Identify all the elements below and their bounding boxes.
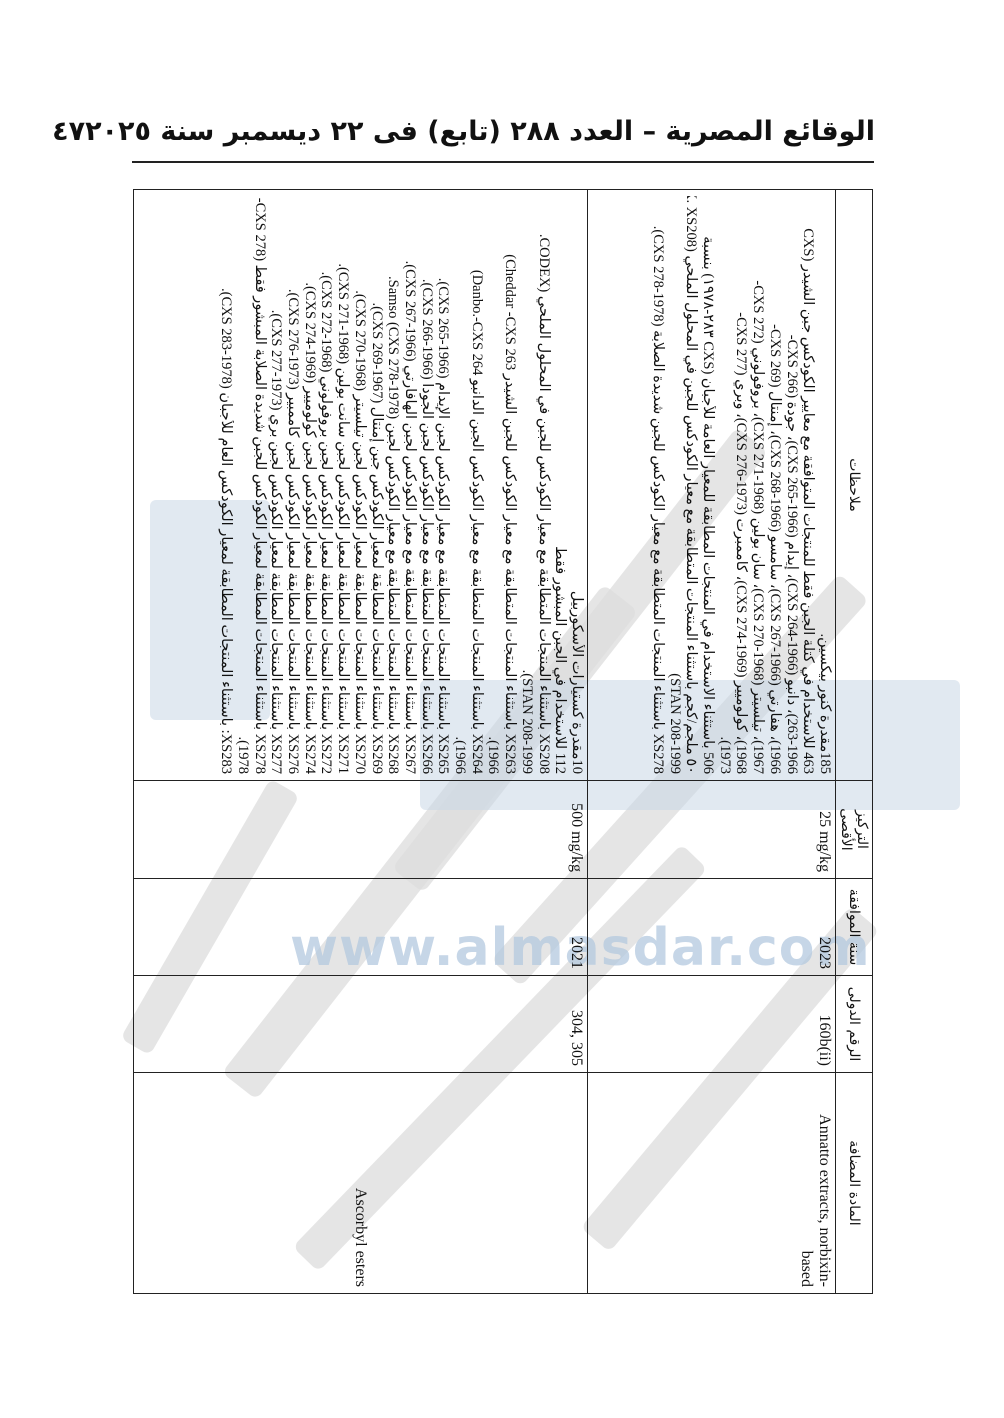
note-line: 10مقدرة كستيارات الأسكوربيل [568, 196, 585, 774]
ins-number: 304, 305 [134, 976, 588, 1073]
header-year: سنة الموافقة [836, 879, 873, 976]
max-level: 500 mg/kg [134, 781, 588, 879]
approval-year: 2023 [588, 879, 836, 976]
notes-cell: 10مقدرة كستيارات الأسكوربيل112 للاستخدام… [134, 190, 588, 781]
note-line: XS278 باستثناء المنتجات المطابقة لمعيار … [251, 196, 268, 774]
note-line: XS271 باستثناء المنتجات المطابقة لمعيار … [334, 196, 351, 774]
additive-name: Annatto extracts, norbixin-based [588, 1073, 836, 1294]
note-line: XS270 باستثناء المنتجات المطابقة لمعيار … [351, 196, 368, 774]
max-level: 25 mg/kg [588, 781, 836, 879]
note-line: XS265 باستثناء المنتجات المتطابقة مع معي… [435, 196, 452, 774]
header-divider [132, 161, 874, 163]
additive-name: Ascorbyl esters [134, 1073, 588, 1294]
note-line: 1973). [716, 196, 733, 774]
note-line: XS274 باستثناء المنتجات المطابقة لمعيار … [301, 196, 318, 774]
note-line: STAN 208-1999). [518, 196, 535, 774]
note-line: XS266 باستثناء المنتجات المتطابقة مع معي… [418, 196, 435, 774]
notes-cell: 185مقدرة كنور بيكسين.463 للاستخدام في كت… [588, 190, 836, 781]
note-line: XS208 باستثناء المنتجات المتطابقة مع معي… [535, 196, 552, 774]
note-line: XS283: باستثناء المنتجات المطابقة لمعيار… [218, 196, 235, 774]
header-ins: الرقم الدولى [836, 976, 873, 1073]
table-row: Annatto extracts, norbixin-based 160b(ii… [588, 190, 836, 1294]
note-line: XS264 باستثناء المنتجات المتطابقة مع معي… [468, 196, 485, 774]
note-line: XS277 باستثناء المنتجات المطابقة لمعيار … [268, 196, 285, 774]
note-line: 1966). [485, 196, 502, 774]
note-line: XS263 باستثناء المنتجات المتطابقة مع معي… [501, 196, 518, 774]
note-line: XS276 باستثناء المنتجات المطابقة لمعيار … [284, 196, 301, 774]
notes-lines: 10مقدرة كستيارات الأسكوربيل112 للاستخدام… [218, 196, 585, 774]
table-header-row: المادة المضافة الرقم الدولى سنة الموافقة… [836, 190, 873, 1294]
table-row: Ascorbyl esters 304, 305 2021 500 mg/kg … [134, 190, 588, 1294]
additives-table-container: المادة المضافة الرقم الدولى سنة الموافقة… [133, 189, 873, 1293]
approval-year: 2021 [134, 879, 588, 976]
note-line: XS278 باستثناء المنتجات المتطابقة مع معي… [649, 196, 666, 774]
ins-number: 160b(ii) [588, 976, 836, 1073]
note-line: ٥٠ ملجم/كجم باستثناء المنتجات المتطابقة … [683, 196, 700, 774]
note-line: 1966)، هفارتي (CXS 267-1966)، سامسو (CXS… [766, 196, 783, 774]
notes-lines: 185مقدرة كنور بيكسين.463 للاستخدام في كت… [649, 196, 833, 774]
note-line: 463 للاستخدام في كتلة الجبن فقط للمنتجات… [800, 196, 817, 774]
note-line: 1978). [234, 196, 251, 774]
note-line: 185مقدرة كنور بيكسين. [816, 196, 833, 774]
note-line: 263-1966)، دانبو (CXS 264-1966)، إيدام (… [783, 196, 800, 774]
note-line: STAN 208-1999) [666, 196, 683, 774]
note-line: 1967)، تيلسيتر (CXS 270-1968)، سان بولين… [749, 196, 766, 774]
note-line: 112 للاستخدام في الجبن المبشور فقط [552, 196, 569, 774]
note-line: 1968)، كولوميير (CXS 274-1969)، كاممبرت … [733, 196, 750, 774]
note-line: XS269 باستثناء المنتجات المطابقة لمعيار … [368, 196, 385, 774]
gazette-title: الوقائع المصرية – العدد ٢٨٨ (تابع) فى ٢٢… [85, 116, 875, 147]
page-header: الوقائع المصرية – العدد ٢٨٨ (تابع) فى ٢٢… [130, 108, 875, 154]
header-additive: المادة المضافة [836, 1073, 873, 1294]
page-number: ٤٧ [52, 116, 85, 147]
header-max-level: التركيز الأقصى [836, 781, 873, 879]
note-line: 506 باستثناء الاستخدام في المنتجات المطا… [699, 196, 716, 774]
note-line: XS267 باستثناء المنتجات المتطابقة مع معي… [401, 196, 418, 774]
note-line: XS272 باستثناء المنتجات المطابقة لمعيار … [318, 196, 335, 774]
note-line: XS268 باستثناء المنتجات المتطابقة مع معي… [385, 196, 402, 774]
note-line: 1966). [451, 196, 468, 774]
food-additives-table: المادة المضافة الرقم الدولى سنة الموافقة… [133, 189, 873, 1294]
header-notes: ملاحظات [836, 190, 873, 781]
